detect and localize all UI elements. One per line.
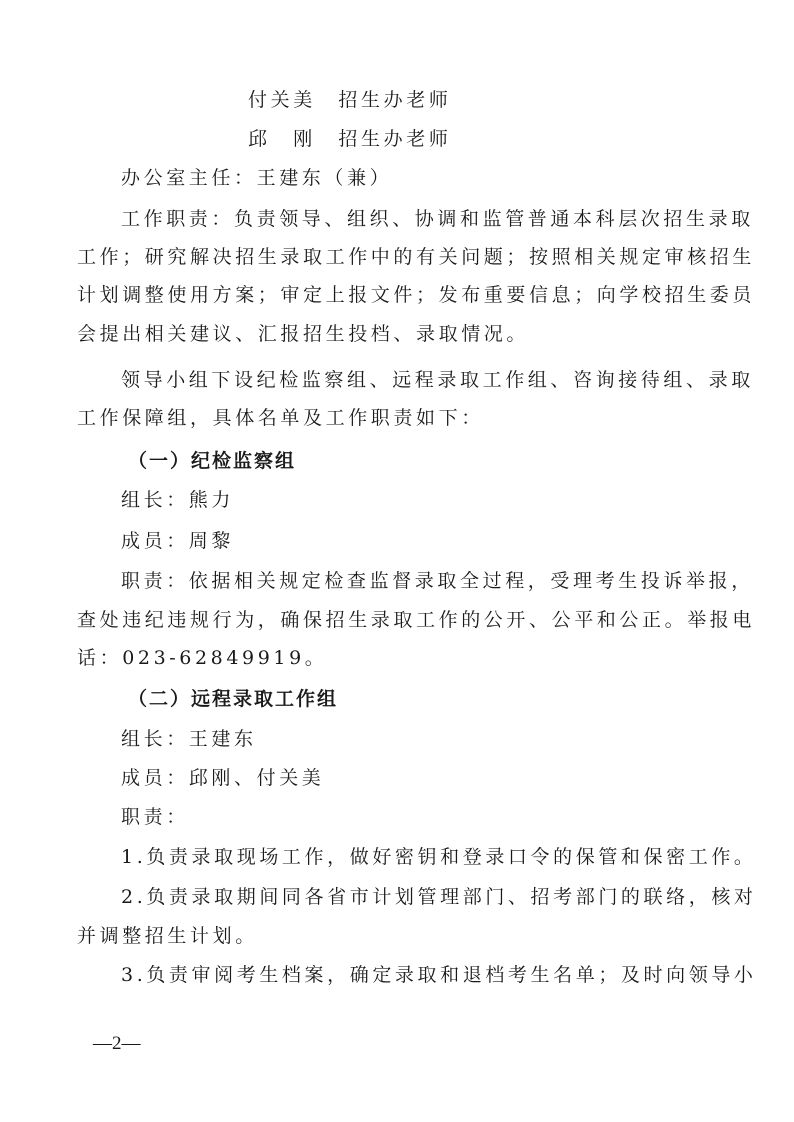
subgroups-paragraph-line: 工作保障组，具体名单及工作职责如下： <box>77 406 719 430</box>
section-members: 成员：周黎 <box>121 529 719 553</box>
page-number: —2— <box>93 1033 141 1055</box>
staff-role: 招生办老师 <box>338 89 451 111</box>
staff-role: 招生办老师 <box>338 128 451 150</box>
duty-item: 3.负责审阅考生档案，确定录取和退档考生名单；及时向领导小 <box>121 963 719 987</box>
duty-item: 2.负责录取期间同各省市计划管理部门、招考部门的联络，核对 <box>121 885 719 909</box>
staff-row: 邱 刚 招生办老师 <box>248 127 794 151</box>
staff-name: 付关美 <box>248 89 316 111</box>
duties-paragraph-line: 工作；研究解决招生录取工作中的有关问题；按照相关规定审核招生 <box>77 245 719 269</box>
duty-item: 1.负责录取现场工作，做好密钥和登录口令的保管和保密工作。 <box>121 845 719 869</box>
section-members: 成员：邱刚、付关美 <box>121 766 719 790</box>
section-heading: （一）纪检监察组 <box>128 449 726 473</box>
duties-paragraph-line: 工作职责：负责领导、组织、协调和监管普通本科层次招生录取 <box>121 207 719 231</box>
staff-row: 付关美 招生办老师 <box>248 88 794 112</box>
subgroups-paragraph-line: 领导小组下设纪检监察组、远程录取工作组、咨询接待组、录取 <box>121 368 719 392</box>
office-director: 办公室主任：王建东（兼） <box>121 166 719 190</box>
duties-paragraph-line: 计划调整使用方案；审定上报文件；发布重要信息；向学校招生委员 <box>77 283 719 307</box>
document-page: 付关美 招生办老师 邱 刚 招生办老师 办公室主任：王建东（兼） 工作职责：负责… <box>0 0 794 1122</box>
section-duties-line: 话：023-62849919。 <box>77 646 719 670</box>
section-leader: 组长：王建东 <box>121 727 719 751</box>
section-duties-label: 职责： <box>121 805 719 829</box>
staff-name: 邱 刚 <box>248 128 316 150</box>
section-leader: 组长：熊力 <box>121 488 719 512</box>
duties-paragraph-line: 会提出相关建议、汇报招生投档、录取情况。 <box>77 322 719 346</box>
section-duties-line: 查处违纪违规行为，确保招生录取工作的公开、公平和公正。举报电 <box>77 608 719 632</box>
duty-item-continued: 并调整招生计划。 <box>77 924 719 948</box>
section-duties-line: 职责：依据相关规定检查监督录取全过程，受理考生投诉举报， <box>121 569 719 593</box>
section-heading: （二）远程录取工作组 <box>128 687 726 711</box>
